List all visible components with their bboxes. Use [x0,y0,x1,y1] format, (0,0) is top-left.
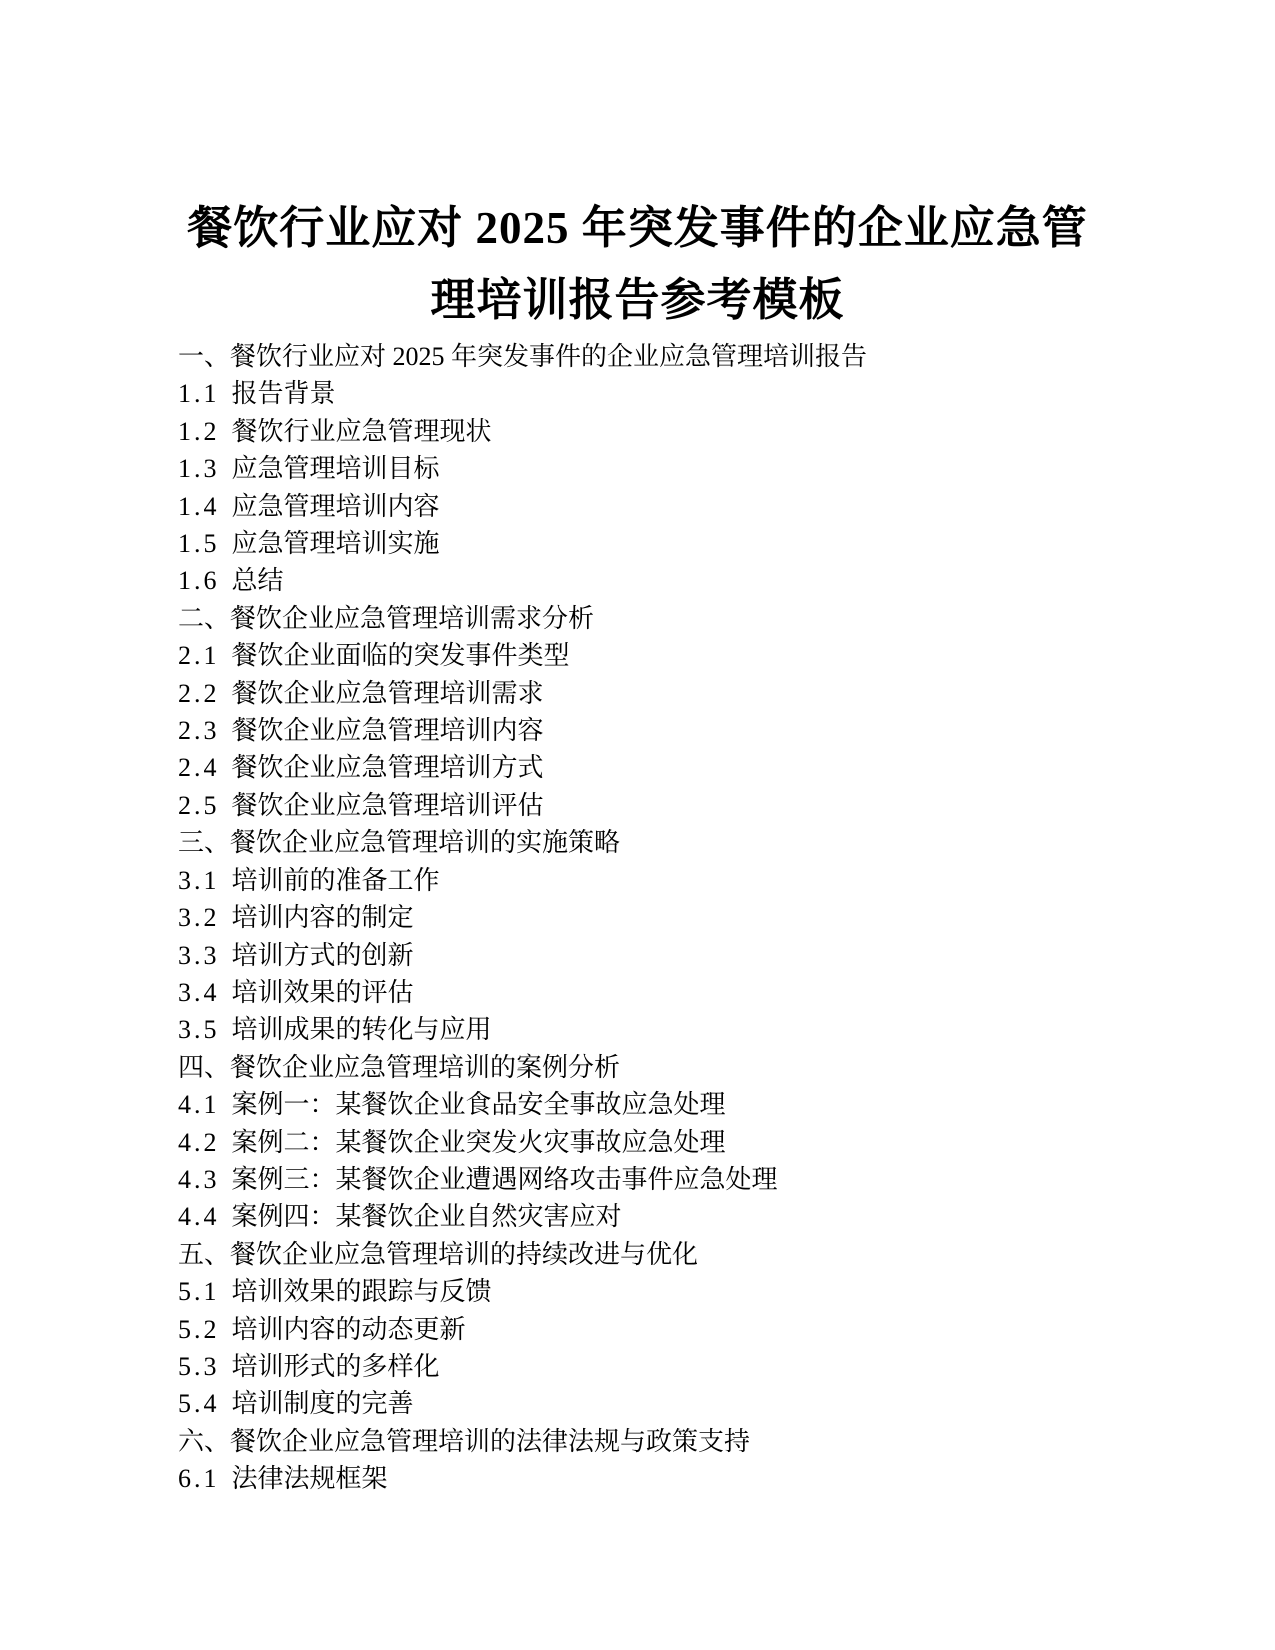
toc-item-label: 法律法规框架 [232,1464,388,1493]
toc-item-number: 4.4 [178,1202,220,1231]
toc-item-label: 培训制度的完善 [232,1389,414,1418]
toc-item: 一、餐饮行业应对 2025 年突发事件的企业应急管理培训报告 [178,338,1275,375]
toc-item-label: 餐饮企业应急管理培训需求 [232,679,544,708]
toc-item-label: 培训内容的动态更新 [232,1315,466,1344]
toc-item: 5.4培训制度的完善 [178,1385,1275,1422]
toc-item-number: 2.5 [178,791,220,820]
toc-item-number: 5.1 [178,1277,220,1306]
document-page: 餐饮行业应对 2025 年突发事件的企业应急管 理培训报告参考模板 一、餐饮行业… [0,0,1275,1650]
toc-item-number: 1.4 [178,492,220,521]
toc-item-number: 1.3 [178,454,220,483]
toc-item-number: 2.4 [178,753,220,782]
toc-item-label: 报告背景 [232,379,336,408]
toc-item-number: 2.1 [178,641,220,670]
toc-item-number: 三、 [178,828,230,857]
toc-item: 2.2餐饮企业应急管理培训需求 [178,675,1275,712]
toc-item-label: 培训方式的创新 [232,941,414,970]
document-title-line-2: 理培训报告参考模板 [0,264,1275,336]
toc-item-label: 餐饮企业应急管理培训内容 [232,716,544,745]
toc-item-label: 餐饮企业应急管理培训的实施策略 [230,828,620,857]
toc-item-number: 1.6 [178,566,220,595]
toc-item-number: 1.5 [178,529,220,558]
toc-item-label: 培训成果的转化与应用 [232,1015,492,1044]
toc-item-label: 培训内容的制定 [232,903,414,932]
toc-item: 2.1餐饮企业面临的突发事件类型 [178,637,1275,674]
toc-item-number: 六、 [178,1427,230,1456]
toc-item-label: 案例二：某餐饮企业突发火灾事故应急处理 [232,1128,726,1157]
toc-item: 3.2培训内容的制定 [178,899,1275,936]
toc-item-number: 五、 [178,1240,230,1269]
toc-item-label: 培训形式的多样化 [232,1352,440,1381]
toc-item-number: 二、 [178,604,230,633]
toc-item: 5.1培训效果的跟踪与反馈 [178,1273,1275,1310]
toc-item-label: 餐饮企业应急管理培训方式 [232,753,544,782]
document-title-line-1: 餐饮行业应对 2025 年突发事件的企业应急管 [0,192,1275,264]
toc-item-label: 培训效果的评估 [232,978,414,1007]
toc-item-label: 餐饮企业应急管理培训的案例分析 [230,1053,620,1082]
toc-item: 四、餐饮企业应急管理培训的案例分析 [178,1049,1275,1086]
toc-item: 2.4餐饮企业应急管理培训方式 [178,749,1275,786]
toc-item-label: 应急管理培训内容 [232,492,440,521]
toc-item-number: 3.4 [178,978,220,1007]
toc-item: 2.5餐饮企业应急管理培训评估 [178,787,1275,824]
toc-item-number: 3.1 [178,866,220,895]
toc-item-label: 餐饮行业应对 2025 年突发事件的企业应急管理培训报告 [230,342,867,371]
toc-item-label: 培训效果的跟踪与反馈 [232,1277,492,1306]
toc-item: 4.2案例二：某餐饮企业突发火灾事故应急处理 [178,1124,1275,1161]
table-of-contents: 一、餐饮行业应对 2025 年突发事件的企业应急管理培训报告 1.1报告背景 1… [178,338,1275,1498]
toc-item-number: 3.5 [178,1015,220,1044]
toc-item-number: 1.2 [178,417,220,446]
toc-item: 1.6总结 [178,562,1275,599]
toc-item: 五、餐饮企业应急管理培训的持续改进与优化 [178,1236,1275,1273]
toc-item-label: 餐饮企业应急管理培训的持续改进与优化 [230,1240,698,1269]
toc-item: 4.1案例一：某餐饮企业食品安全事故应急处理 [178,1086,1275,1123]
toc-item-number: 四、 [178,1053,230,1082]
toc-item-label: 案例四：某餐饮企业自然灾害应对 [232,1202,622,1231]
toc-item-label: 应急管理培训实施 [232,529,440,558]
toc-item-label: 餐饮企业应急管理培训评估 [232,791,544,820]
toc-item-label: 餐饮企业应急管理培训的法律法规与政策支持 [230,1427,750,1456]
toc-item-number: 5.4 [178,1389,220,1418]
toc-item: 2.3餐饮企业应急管理培训内容 [178,712,1275,749]
toc-item-number: 2.2 [178,679,220,708]
toc-item: 3.5培训成果的转化与应用 [178,1011,1275,1048]
toc-item-label: 餐饮行业应急管理现状 [232,417,492,446]
document-title: 餐饮行业应对 2025 年突发事件的企业应急管 理培训报告参考模板 [0,0,1275,336]
toc-item: 5.2培训内容的动态更新 [178,1311,1275,1348]
toc-item-number: 4.2 [178,1128,220,1157]
toc-item: 1.3应急管理培训目标 [178,450,1275,487]
toc-item-number: 3.2 [178,903,220,932]
toc-item: 6.1法律法规框架 [178,1460,1275,1497]
toc-item: 3.4培训效果的评估 [178,974,1275,1011]
toc-item-number: 3.3 [178,941,220,970]
toc-item: 六、餐饮企业应急管理培训的法律法规与政策支持 [178,1423,1275,1460]
toc-item-label: 餐饮企业应急管理培训需求分析 [230,604,594,633]
toc-item: 4.4案例四：某餐饮企业自然灾害应对 [178,1198,1275,1235]
toc-item-number: 1.1 [178,379,220,408]
toc-item: 3.1培训前的准备工作 [178,862,1275,899]
toc-item-label: 总结 [232,566,284,595]
toc-item-label: 案例一：某餐饮企业食品安全事故应急处理 [232,1090,726,1119]
toc-item-number: 5.2 [178,1315,220,1344]
toc-item-label: 应急管理培训目标 [232,454,440,483]
toc-item-number: 一、 [178,342,230,371]
toc-item-number: 4.3 [178,1165,220,1194]
toc-item-number: 6.1 [178,1464,220,1493]
toc-item: 1.4应急管理培训内容 [178,488,1275,525]
toc-item: 5.3培训形式的多样化 [178,1348,1275,1385]
toc-item: 1.2餐饮行业应急管理现状 [178,413,1275,450]
toc-item-number: 5.3 [178,1352,220,1381]
toc-item-label: 案例三：某餐饮企业遭遇网络攻击事件应急处理 [232,1165,778,1194]
toc-item: 4.3案例三：某餐饮企业遭遇网络攻击事件应急处理 [178,1161,1275,1198]
toc-item-number: 4.1 [178,1090,220,1119]
toc-item: 3.3培训方式的创新 [178,937,1275,974]
toc-item: 三、餐饮企业应急管理培训的实施策略 [178,824,1275,861]
toc-item: 1.5应急管理培训实施 [178,525,1275,562]
toc-item: 二、餐饮企业应急管理培训需求分析 [178,600,1275,637]
toc-item-label: 培训前的准备工作 [232,866,440,895]
toc-item: 1.1报告背景 [178,375,1275,412]
toc-item-number: 2.3 [178,716,220,745]
toc-item-label: 餐饮企业面临的突发事件类型 [232,641,570,670]
